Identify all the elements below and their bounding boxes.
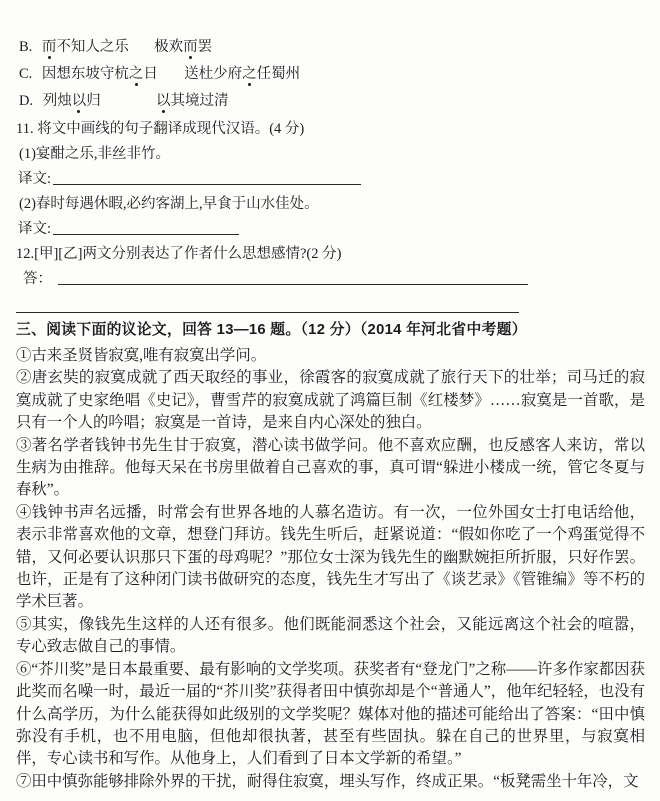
section-3-heading: 三、阅读下面的议论文，回答 13—16 题。（12 分）（2014 年河北省中考…	[16, 319, 645, 341]
translation-label: 译文:	[18, 171, 51, 187]
essay-text: ①古来圣贤皆寂寞,唯有寂寞出学问。 ②唐玄奘的寂寞成就了西天取经的事业，徐霞客的…	[16, 345, 645, 793]
option-d-label: D.	[16, 88, 33, 115]
essay-paragraph-6: ⑥“芥川奖”是日本最重要、最有影响的文学奖项。获奖者有“登龙门”之称——许多作家…	[16, 659, 645, 771]
answer-blank-line	[53, 220, 239, 235]
emphasis-dot-char: 之	[242, 66, 257, 82]
question-11-translation-1: 译文:	[16, 167, 645, 192]
essay-paragraph-2: ②唐玄奘的寂寞成就了西天取经的事业，徐霞客的寂寞成就了旅行天下的壮举；司马迁的寂…	[16, 367, 645, 434]
question-11-item-1: (1)宴酣之乐,非丝非竹。	[16, 142, 645, 167]
option-c-row: C. 因想东坡守杭之日 送杜少府之任蜀州	[16, 61, 645, 88]
option-d-phrase-2: 以其境过清	[156, 93, 229, 109]
essay-paragraph-7: ⑦田中慎弥能够排除外界的干扰，耐得住寂寞，埋头写作，终成正果。“板凳需坐十年冷，…	[16, 771, 645, 793]
option-d-row: D. 列烛以归 以其境过清	[16, 88, 645, 115]
question-11-translation-2: 译文:	[16, 217, 645, 242]
question-12-answer-row: 答：	[16, 267, 645, 292]
question-11-item-2: (2)春时每遇休暇,必约客湖上,早食于山水佳处。	[16, 192, 645, 217]
translation-label: 译文:	[18, 221, 51, 237]
essay-paragraph-5: ⑤其实，像钱先生这样的人还有很多。他们既能洞悉这个社会，又能远离这个社会的喧嚣，…	[16, 614, 645, 659]
emphasis-dot-char: 以	[72, 93, 87, 109]
emphasis-dot-char: 而	[183, 39, 198, 55]
question-12-stem: 12.[甲][乙]两文分别表达了作者什么思想感情?(2 分)	[16, 242, 645, 267]
option-b-phrase-1: 而不知人之乐	[42, 39, 129, 55]
answer-blank-line	[58, 270, 528, 285]
option-b-phrase-2: 极欢而罢	[154, 39, 212, 55]
essay-paragraph-3: ③著名学者钱钟书先生甘于寂寞，潜心读书做学问。他不喜欢应酬，也反感客人来访，常以…	[16, 435, 645, 502]
essay-paragraph-4: ④钱钟书声名远播，时常会有世界各地的人慕名造访。有一次，一位外国女士打电话给他，…	[16, 502, 645, 614]
essay-paragraph-1: ①古来圣贤皆寂寞,唯有寂寞出学问。	[16, 345, 645, 367]
emphasis-dot-char: 而	[42, 39, 57, 55]
answer-blank-line	[53, 170, 361, 185]
exam-paper-page: B. 而不知人之乐 极欢而罢 C. 因想东坡守杭之日 送杜少府之任蜀州 D. 列…	[0, 0, 660, 801]
multiple-choice-options: B. 而不知人之乐 极欢而罢 C. 因想东坡守杭之日 送杜少府之任蜀州 D. 列…	[16, 34, 645, 115]
option-c-label: C.	[16, 61, 32, 88]
question-11-stem: 11. 将文中画线的句子翻译成现代汉语。(4 分)	[16, 117, 645, 142]
emphasis-dot-char: 以	[156, 93, 171, 109]
option-b-row: B. 而不知人之乐 极欢而罢	[16, 34, 645, 61]
question-section: 11. 将文中画线的句子翻译成现代汉语。(4 分) (1)宴酣之乐,非丝非竹。 …	[16, 117, 645, 313]
answer-label: 答：	[23, 271, 52, 287]
answer-blank-line-2	[16, 292, 519, 313]
option-b-label: B.	[16, 34, 32, 61]
option-d-phrase-1: 列烛以归	[43, 93, 101, 109]
emphasis-dot-char: 之	[129, 66, 144, 82]
option-c-phrase-1: 因想东坡守杭之日	[42, 66, 158, 82]
option-c-phrase-2: 送杜少府之任蜀州	[184, 66, 300, 82]
